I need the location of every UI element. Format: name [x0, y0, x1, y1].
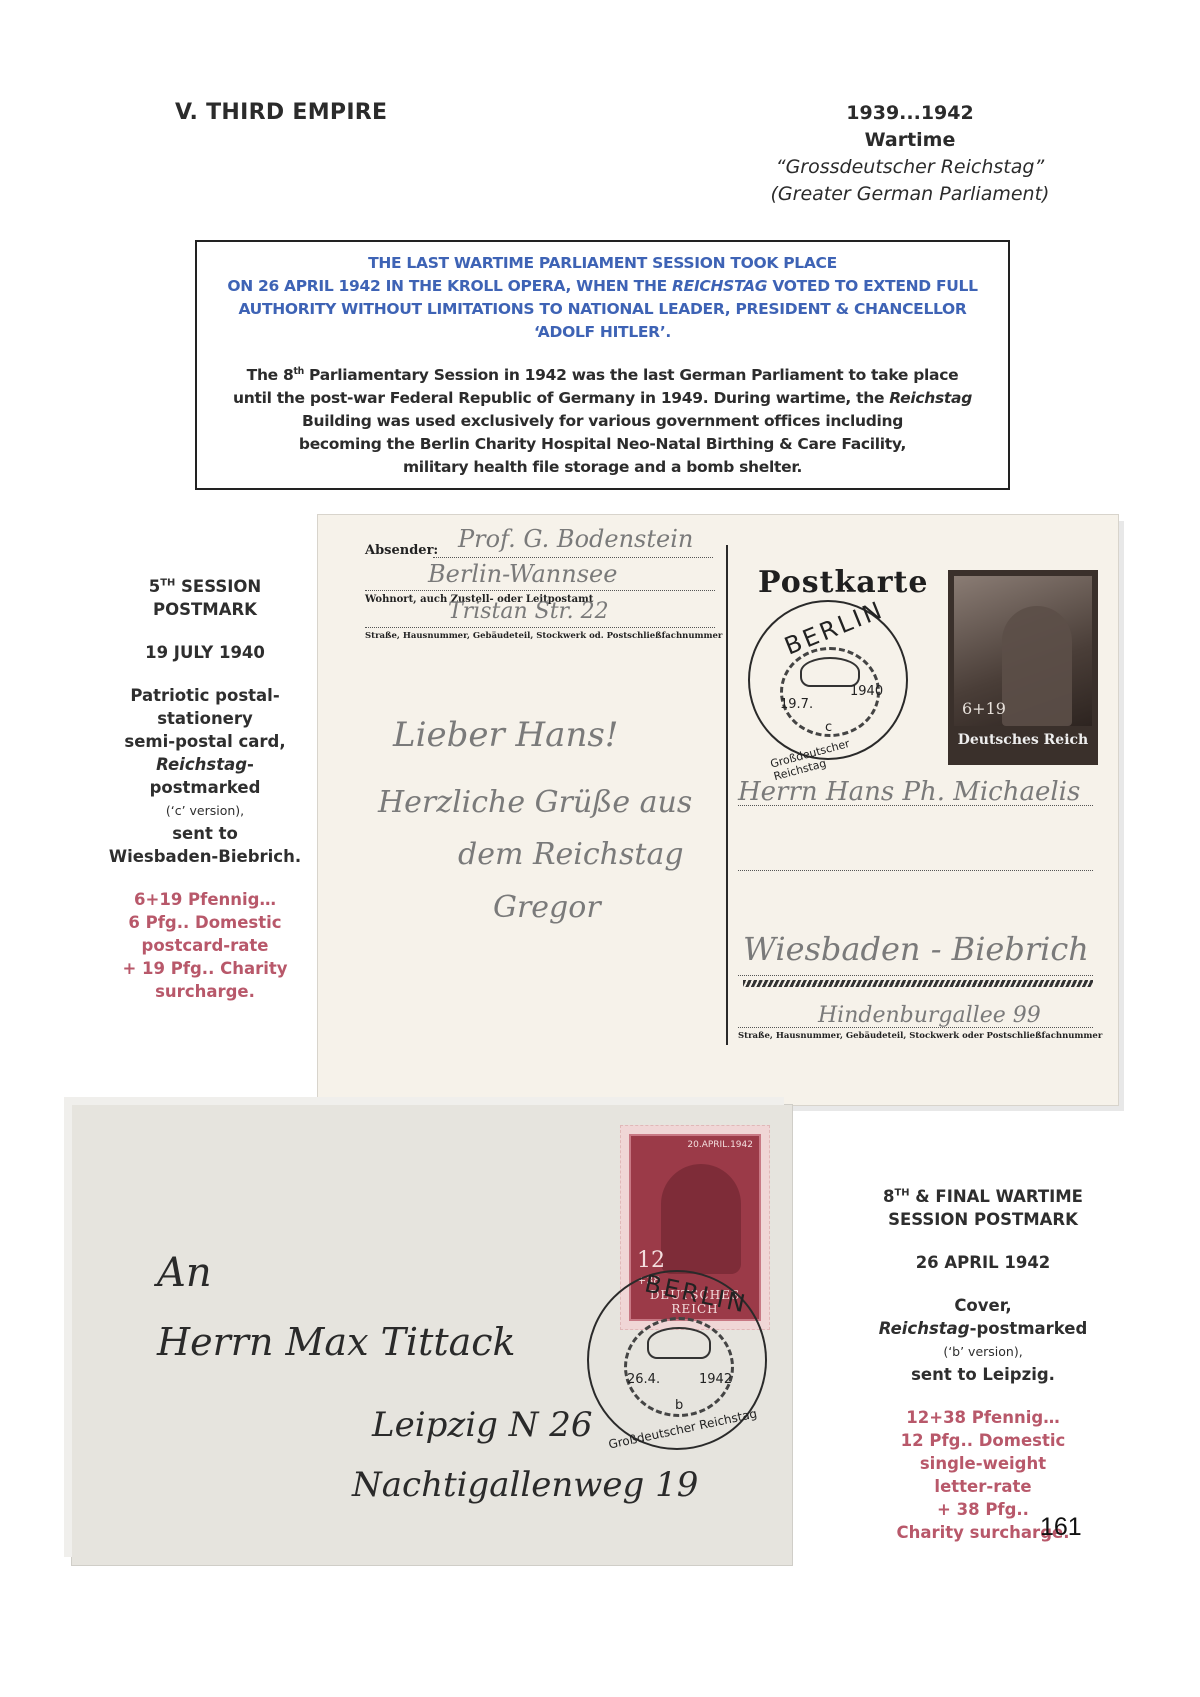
recipient-name: Herrn Hans Ph. Michaelis: [738, 777, 1080, 807]
recipient-street: Hindenburgallee 99: [818, 1003, 1041, 1028]
sender-street: Tristan Str. 22: [448, 599, 609, 624]
page-number: 161: [1040, 1513, 1082, 1542]
address-line-2: Herrn Max Tittack: [157, 1320, 516, 1364]
period-name: “Grossdeutscher Reichstag”: [740, 154, 1080, 181]
postcard: Absender: Prof. G. Bodenstein Berlin-Wan…: [318, 515, 1118, 1105]
address-line-1: An: [157, 1250, 212, 1296]
message-line-1: Lieber Hans!: [393, 715, 618, 755]
info-headline: THE LAST WARTIME PARLIAMENT SESSION TOOK…: [197, 252, 1008, 344]
sender-city: Berlin-Wannsee: [428, 560, 617, 588]
address-line-4: Nachtigallenweg 19: [352, 1465, 698, 1505]
address-line-3: Leipzig N 26: [372, 1405, 593, 1445]
postcard-postmark: BERLIN 19.7. 1940 c Großdeutscher Reichs…: [748, 600, 908, 760]
period-translation: (Greater German Parliament): [740, 181, 1080, 208]
sender-name: Prof. G. Bodenstein: [458, 525, 693, 553]
recipient-street-label: Straße, Hausnummer, Gebäudeteil, Stockwe…: [738, 1031, 1102, 1041]
info-box: THE LAST WARTIME PARLIAMENT SESSION TOOK…: [195, 240, 1010, 490]
street-label: Straße, Hausnummer, Gebäudeteil, Stockwe…: [365, 631, 722, 641]
period-label: Wartime: [740, 127, 1080, 154]
message-signature: Gregor: [493, 890, 601, 925]
cover-envelope: 20.APRIL.1942 12+38 DEUTSCHES REICH BERL…: [72, 1105, 792, 1565]
cover-postmark: BERLIN 26.4. 1942 b Großdeutscher Reichs…: [587, 1270, 767, 1450]
section-title: V. THIRD EMPIRE: [175, 100, 387, 125]
period-heading: 1939...1942 Wartime “Grossdeutscher Reic…: [740, 100, 1080, 208]
item1-caption: 5TH SESSION POSTMARK 19 JULY 1940 Patrio…: [100, 575, 310, 1003]
message-line-2: Herzliche Grüße aus: [378, 785, 692, 820]
eagle-emblem-icon: [647, 1327, 711, 1359]
postcard-stamp: 6+19 Deutsches Reich: [948, 570, 1098, 765]
postcard-divider: [726, 545, 728, 1045]
stamp-portrait-placeholder: 6+19: [954, 576, 1092, 726]
item1-date: 19 JULY 1940: [100, 641, 310, 664]
item1-rate: 6+19 Pfennig… 6 Pfg.. Domestic postcard-…: [100, 888, 310, 1003]
info-body: The 8th Parliamentary Session in 1942 wa…: [197, 364, 1008, 479]
message-line-3: dem Reichstag: [458, 837, 684, 872]
period-years: 1939...1942: [740, 100, 1080, 127]
sender-label: Absender:: [365, 543, 438, 558]
postcard-rule: [743, 980, 1093, 987]
item2-caption: 8TH & FINAL WARTIME SESSION POSTMARK 26 …: [868, 1185, 1098, 1544]
eagle-emblem-icon: [800, 657, 860, 687]
item2-date: 26 APRIL 1942: [868, 1251, 1098, 1274]
postcard-heading: Postkarte: [758, 565, 928, 600]
recipient-city: Wiesbaden - Biebrich: [743, 930, 1089, 968]
stamp-portrait-placeholder: [661, 1164, 741, 1274]
